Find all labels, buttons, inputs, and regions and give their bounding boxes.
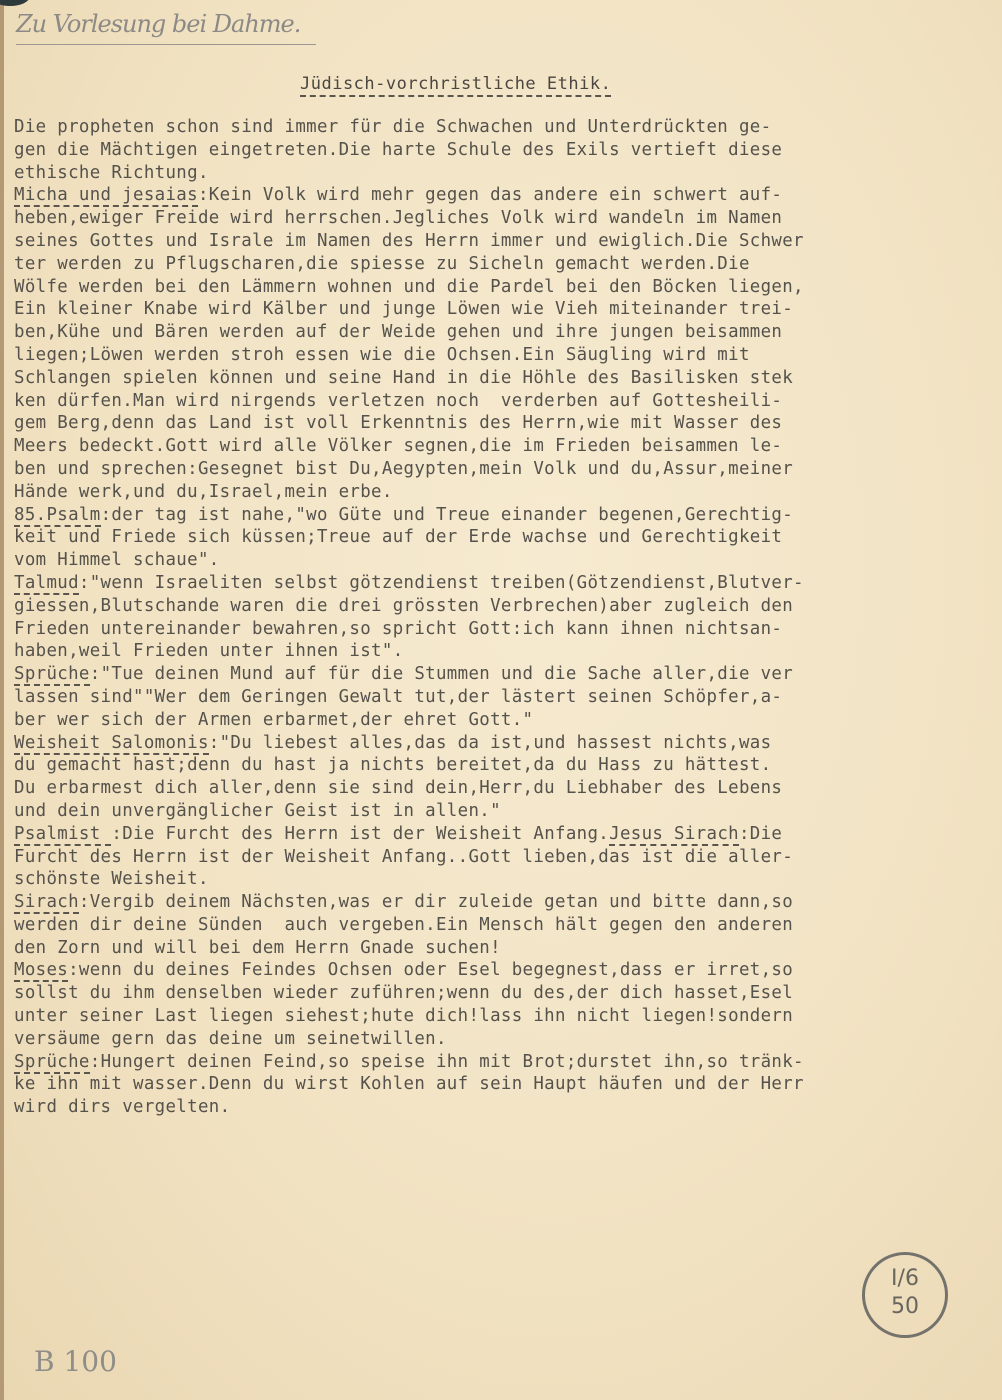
line-text: ter werden zu Pflugscharen,die spiesse z… bbox=[14, 254, 750, 274]
source-label: Sirach bbox=[14, 892, 79, 914]
source-label: Micha und jesaias bbox=[14, 185, 198, 207]
line-text: wird dirs vergelten. bbox=[14, 1097, 230, 1117]
text-line: ben und sprechen:Gesegnet bist Du,Aegypt… bbox=[14, 458, 999, 481]
text-line: Sprüche:"Tue deinen Mund auf für die Stu… bbox=[14, 663, 999, 686]
text-line: unter seiner Last liegen siehest;hute di… bbox=[14, 1005, 999, 1028]
line-text: lassen sind""Wer dem Geringen Gewalt tut… bbox=[14, 687, 782, 707]
line-text: versäume gern das deine um seinetwillen. bbox=[14, 1029, 447, 1049]
line-text: ethische Richtung. bbox=[14, 163, 209, 183]
text-line: ethische Richtung. bbox=[14, 162, 999, 185]
line-text: schönste Weisheit. bbox=[14, 869, 209, 889]
text-line: Frieden untereinander bewahren,so sprich… bbox=[14, 618, 999, 641]
line-text: Schlangen spielen können und seine Hand … bbox=[14, 368, 793, 388]
text-line: vom Himmel schaue". bbox=[14, 549, 999, 572]
text-line: Talmud:"wenn Israeliten selbst götzendie… bbox=[14, 572, 999, 595]
archive-stamp: I/6 50 bbox=[862, 1252, 948, 1338]
line-text: ken dürfen.Man wird nirgends verletzen n… bbox=[14, 391, 782, 411]
line-text: :wenn du deines Feindes Ochsen oder Esel… bbox=[68, 960, 793, 980]
line-text: :Hungert deinen Feind,so speise ihn mit … bbox=[90, 1052, 804, 1072]
text-line: Hände werk,und du,Israel,mein erbe. bbox=[14, 481, 999, 504]
text-line: Sirach:Vergib deinem Nächsten,was er dir… bbox=[14, 891, 999, 914]
source-label: Psalmist bbox=[14, 824, 111, 846]
line-text: vom Himmel schaue". bbox=[14, 550, 220, 570]
line-text: Ein kleiner Knabe wird Kälber und junge … bbox=[14, 299, 793, 319]
line-text: und dein unvergänglicher Geist ist in al… bbox=[14, 801, 501, 821]
line-text: :Vergib deinem Nächsten,was er dir zulei… bbox=[79, 892, 793, 912]
text-line: liegen;Löwen werden stroh essen wie die … bbox=[14, 344, 999, 367]
line-text: liegen;Löwen werden stroh essen wie die … bbox=[14, 345, 750, 365]
text-line: gen die Mächtigen eingetreten.Die harte … bbox=[14, 139, 999, 162]
text-line: Sprüche:Hungert deinen Feind,so speise i… bbox=[14, 1051, 999, 1074]
text-line: Schlangen spielen können und seine Hand … bbox=[14, 367, 999, 390]
document-body: Die propheten schon sind immer für die S… bbox=[14, 116, 999, 1119]
text-line: lassen sind""Wer dem Geringen Gewalt tut… bbox=[14, 686, 999, 709]
line-text: Frieden untereinander bewahren,so sprich… bbox=[14, 619, 782, 639]
line-text: gen die Mächtigen eingetreten.Die harte … bbox=[14, 140, 782, 160]
line-text: keit und Friede sich küssen;Treue auf de… bbox=[14, 527, 782, 547]
document-page: Zu Vorlesung bei Dahme. Jüdisch-vorchris… bbox=[0, 0, 1002, 1400]
line-text: sollst du ihm denselben wieder zuführen;… bbox=[14, 983, 793, 1003]
line-text: :Die bbox=[739, 824, 782, 844]
text-line: Du erbarmest dich aller,denn sie sind de… bbox=[14, 777, 999, 800]
line-text: werden dir deine Sünden auch vergeben.Ei… bbox=[14, 915, 793, 935]
line-text: Furcht des Herrn ist der Weisheit Anfang… bbox=[14, 847, 793, 867]
line-text: Hände werk,und du,Israel,mein erbe. bbox=[14, 482, 393, 502]
text-line: ber wer sich der Armen erbarmet,der ehre… bbox=[14, 709, 999, 732]
text-line: seines Gottes und Israle im Namen des He… bbox=[14, 230, 999, 253]
line-text: Wölfe werden bei den Lämmern wohnen und … bbox=[14, 277, 804, 297]
line-text: :"Tue deinen Mund auf für die Stummen un… bbox=[90, 664, 793, 684]
page-edge bbox=[0, 0, 4, 1400]
text-line: wird dirs vergelten. bbox=[14, 1096, 999, 1119]
text-line: schönste Weisheit. bbox=[14, 868, 999, 891]
handwritten-note: Zu Vorlesung bei Dahme. bbox=[16, 10, 316, 45]
text-line: Wölfe werden bei den Lämmern wohnen und … bbox=[14, 276, 999, 299]
text-line: Weisheit Salomonis:"Du liebest alles,das… bbox=[14, 732, 999, 755]
text-line: sollst du ihm denselben wieder zuführen;… bbox=[14, 982, 999, 1005]
text-line: Ein kleiner Knabe wird Kälber und junge … bbox=[14, 298, 999, 321]
line-text: :der tag ist nahe,"wo Güte und Treue ein… bbox=[101, 505, 793, 525]
line-text: :Die Furcht des Herrn ist der Weisheit A… bbox=[111, 824, 609, 844]
line-text: den Zorn und will bei dem Herrn Gnade su… bbox=[14, 938, 501, 958]
text-line: 85.Psalm:der tag ist nahe,"wo Güte und T… bbox=[14, 504, 999, 527]
text-line: Furcht des Herrn ist der Weisheit Anfang… bbox=[14, 846, 999, 869]
text-line: du gemacht hast;denn du hast ja nichts b… bbox=[14, 754, 999, 777]
text-line: werden dir deine Sünden auch vergeben.Ei… bbox=[14, 914, 999, 937]
line-text: Meers bedeckt.Gott wird alle Völker segn… bbox=[14, 436, 782, 456]
archive-mark-bottom: 50 bbox=[891, 1294, 919, 1319]
line-text: seines Gottes und Israle im Namen des He… bbox=[14, 231, 804, 251]
text-line: und dein unvergänglicher Geist ist in al… bbox=[14, 800, 999, 823]
source-label: 85.Psalm bbox=[14, 505, 101, 527]
source-label: Moses bbox=[14, 960, 68, 982]
line-text: haben,weil Frieden unter ihnen ist". bbox=[14, 641, 404, 661]
line-text: Die propheten schon sind immer für die S… bbox=[14, 117, 771, 137]
text-line: giessen,Blutschande waren die drei gröss… bbox=[14, 595, 999, 618]
line-text: :"wenn Israeliten selbst götzendienst tr… bbox=[79, 573, 804, 593]
text-line: heben,ewiger Freide wird herrschen.Jegli… bbox=[14, 207, 999, 230]
text-line: gem Berg,denn das Land ist voll Erkenntn… bbox=[14, 412, 999, 435]
line-text: giessen,Blutschande waren die drei gröss… bbox=[14, 596, 793, 616]
text-line: keit und Friede sich küssen;Treue auf de… bbox=[14, 526, 999, 549]
bottom-pencil-note: B 100 bbox=[34, 1345, 117, 1378]
source-label: Weisheit Salomonis bbox=[14, 733, 209, 755]
text-line: Moses:wenn du deines Feindes Ochsen oder… bbox=[14, 959, 999, 982]
line-text: :"Du liebest alles,das da ist,und hasses… bbox=[209, 733, 772, 753]
text-line: versäume gern das deine um seinetwillen. bbox=[14, 1028, 999, 1051]
text-line: Micha und jesaias:Kein Volk wird mehr ge… bbox=[14, 184, 999, 207]
text-line: ben,Kühe und Bären werden auf der Weide … bbox=[14, 321, 999, 344]
text-line: ter werden zu Pflugscharen,die spiesse z… bbox=[14, 253, 999, 276]
text-line: den Zorn und will bei dem Herrn Gnade su… bbox=[14, 937, 999, 960]
source-label: Jesus Sirach bbox=[609, 824, 739, 846]
line-text: Du erbarmest dich aller,denn sie sind de… bbox=[14, 778, 782, 798]
text-line: haben,weil Frieden unter ihnen ist". bbox=[14, 640, 999, 663]
line-text: :Kein Volk wird mehr gegen das andere ei… bbox=[198, 185, 782, 205]
line-text: gem Berg,denn das Land ist voll Erkenntn… bbox=[14, 413, 782, 433]
source-label: Sprüche bbox=[14, 1052, 90, 1074]
line-text: du gemacht hast;denn du hast ja nichts b… bbox=[14, 755, 771, 775]
line-text: unter seiner Last liegen siehest;hute di… bbox=[14, 1006, 793, 1026]
corner-shadow bbox=[0, 0, 30, 6]
text-line: Psalmist :Die Furcht des Herrn ist der W… bbox=[14, 823, 999, 846]
text-line: Meers bedeckt.Gott wird alle Völker segn… bbox=[14, 435, 999, 458]
document-title: Jüdisch-vorchristliche Ethik. bbox=[300, 74, 611, 97]
archive-mark-top: I/6 bbox=[865, 1265, 945, 1293]
text-line: Die propheten schon sind immer für die S… bbox=[14, 116, 999, 139]
source-label: Talmud bbox=[14, 573, 79, 595]
line-text: ben,Kühe und Bären werden auf der Weide … bbox=[14, 322, 782, 342]
line-text: heben,ewiger Freide wird herrschen.Jegli… bbox=[14, 208, 782, 228]
text-line: ke ihn mit wasser.Denn du wirst Kohlen a… bbox=[14, 1073, 999, 1096]
source-label: Sprüche bbox=[14, 664, 90, 686]
line-text: ke ihn mit wasser.Denn du wirst Kohlen a… bbox=[14, 1074, 804, 1094]
line-text: ben und sprechen:Gesegnet bist Du,Aegypt… bbox=[14, 459, 793, 479]
line-text: ber wer sich der Armen erbarmet,der ehre… bbox=[14, 710, 533, 730]
text-line: ken dürfen.Man wird nirgends verletzen n… bbox=[14, 390, 999, 413]
